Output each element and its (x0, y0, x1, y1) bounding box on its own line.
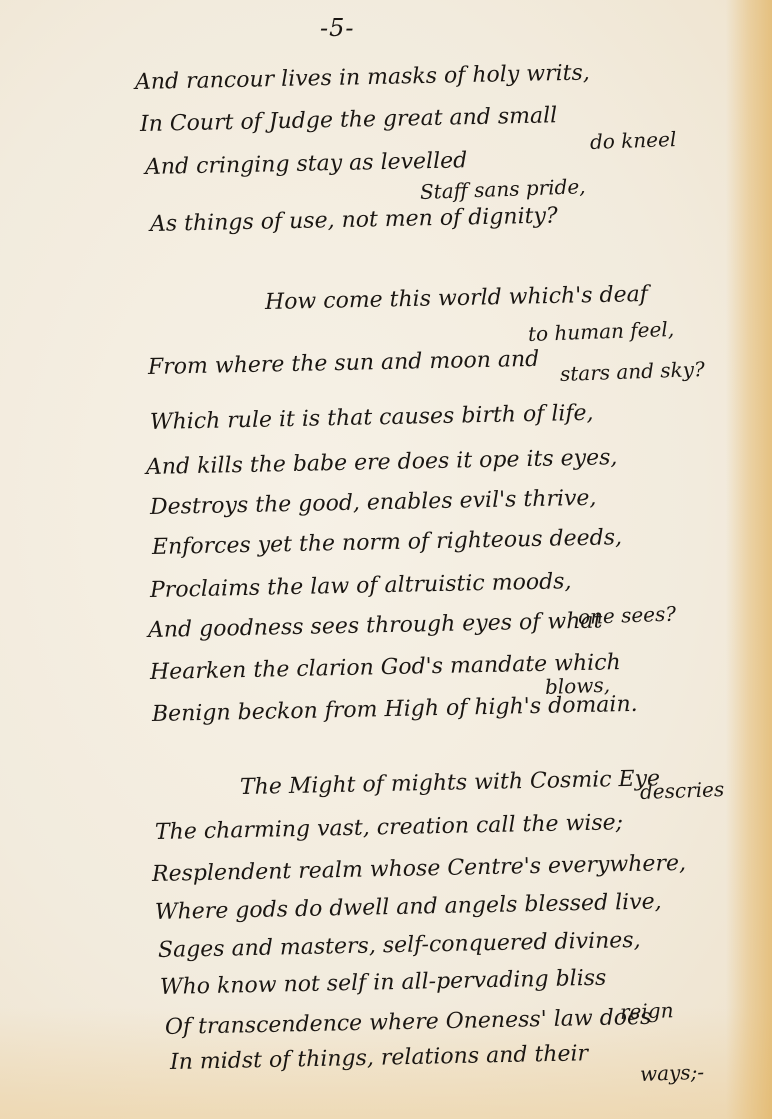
interlinear-note: do kneel (590, 127, 677, 154)
poem-line: Benign beckon from High of high's domain… (152, 692, 638, 727)
poem-line: In midst of things, relations and their (170, 1041, 589, 1075)
poem-line: And kills the babe ere does it ope its e… (146, 445, 618, 480)
interlinear-note: stars and sky? (560, 357, 706, 386)
poem-line: Destroys the good, enables evil's thrive… (150, 486, 597, 520)
poem-line: How come this world which's deaf (265, 282, 648, 315)
poem-line: Enforces yet the norm of righteous deeds… (152, 525, 622, 560)
interlinear-note: ways;- (640, 1060, 705, 1086)
poem-line: Where gods do dwell and angels blessed l… (155, 889, 662, 925)
interlinear-note: descries (640, 777, 725, 804)
poem-line: And rancour lives in masks of holy writs… (135, 60, 590, 95)
poem-line: In Court of Judge the great and small (140, 103, 558, 137)
poem-line: Of transcendence where Oneness' law does (165, 1005, 652, 1040)
poem-line: Which rule it is that causes birth of li… (150, 401, 594, 435)
poem-line: And goodness sees through eyes of what (148, 608, 603, 643)
poem-line: As things of use, not men of dignity? (150, 203, 558, 237)
poem-line: Who know not self in all-pervading bliss (160, 966, 607, 1000)
interlinear-note: one sees? (578, 602, 677, 629)
poem-line: And cringing stay as levelled (145, 148, 468, 180)
poem-line: Sages and masters, self-conquered divine… (158, 928, 641, 963)
poem-line: The Might of mights with Cosmic Eye (240, 766, 661, 800)
interlinear-note: to human feel, (528, 317, 675, 346)
interlinear-note: Staff sans pride, (420, 174, 586, 204)
interlinear-note: reign (620, 998, 674, 1024)
poem-line: Resplendent realm whose Centre's everywh… (152, 851, 686, 887)
poem-line: The charming vast, creation call the wis… (155, 810, 624, 845)
poem-line: Proclaims the law of altruistic moods, (150, 569, 572, 603)
page-number: -5- (320, 14, 355, 42)
poem-line: From where the sun and moon and (148, 347, 540, 380)
manuscript-page: -5- And rancour lives in masks of holy w… (0, 0, 772, 1119)
